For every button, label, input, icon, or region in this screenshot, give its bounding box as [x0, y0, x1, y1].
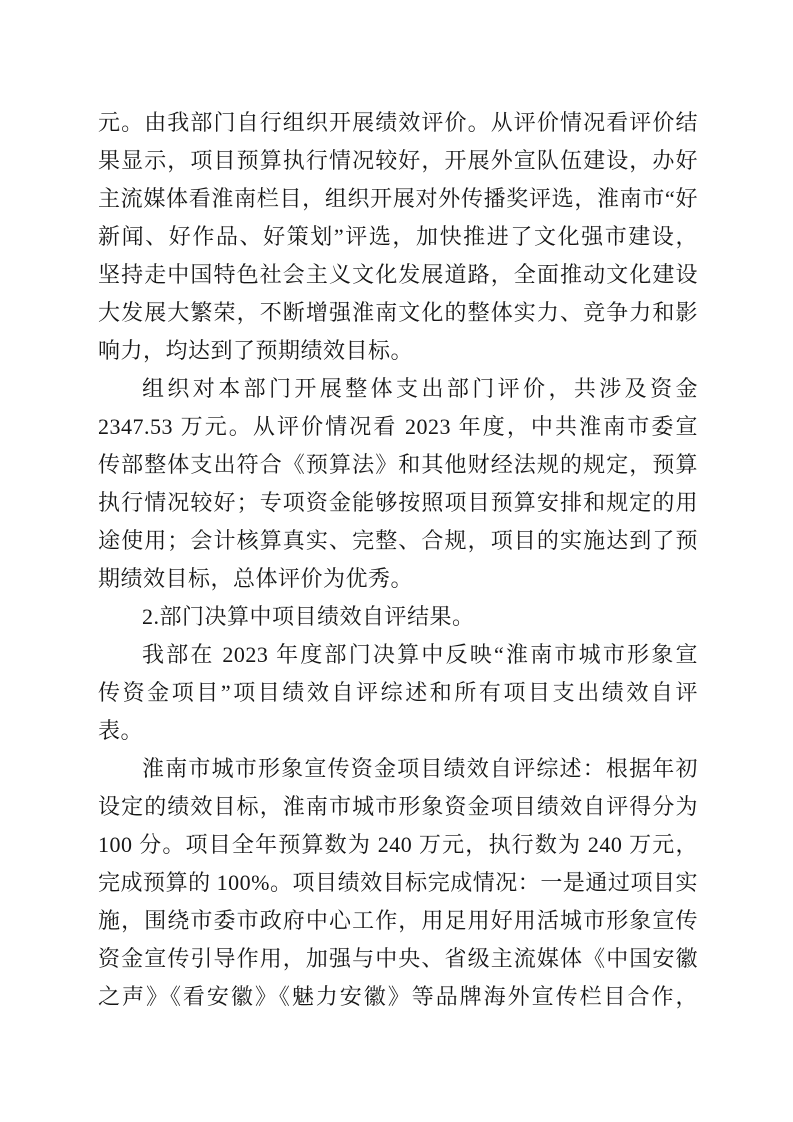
text-line: 果显示，项目预算执行情况较好，开展外宣队伍建设，办好 [98, 142, 698, 180]
paragraph: 元。由我部门自行组织开展绩效评价。从评价情况看评价结果显示，项目预算执行情况较好… [98, 104, 698, 370]
paragraph: 淮南市城市形象宣传资金项目绩效自评综述：根据年初设定的绩效目标，淮南市城市形象资… [98, 750, 698, 1016]
text-line: 资金宣传引导作用，加强与中央、省级主流媒体《中国安徽 [98, 940, 698, 978]
paragraph: 2.部门决算中项目绩效自评结果。 [98, 598, 698, 636]
text-line: 响力，均达到了预期绩效目标。 [98, 332, 698, 370]
text-line: 施，围绕市委市政府中心工作，用足用好用活城市形象宣传 [98, 902, 698, 940]
text-line: 大发展大繁荣，不断增强淮南文化的整体实力、竞争力和影 [98, 294, 698, 332]
text-line: 元。由我部门自行组织开展绩效评价。从评价情况看评价结 [98, 104, 698, 142]
text-line: 期绩效目标，总体评价为优秀。 [98, 560, 698, 598]
text-line: 传部整体支出符合《预算法》和其他财经法规的规定，预算 [98, 446, 698, 484]
text-line: 执行情况较好；专项资金能够按照项目预算安排和规定的用 [98, 484, 698, 522]
text-line: 之声》《看安徽》《魅力安徽》等品牌海外宣传栏目合作， [98, 978, 698, 1016]
text-line: 表。 [98, 712, 698, 750]
document-page: 元。由我部门自行组织开展绩效评价。从评价情况看评价结果显示，项目预算执行情况较好… [0, 0, 793, 1122]
text-line: 坚持走中国特色社会主义文化发展道路，全面推动文化建设 [98, 256, 698, 294]
text-line: 2347.53 万元。从评价情况看 2023 年度，中共淮南市委宣 [98, 408, 698, 446]
text-line: 2.部门决算中项目绩效自评结果。 [98, 598, 698, 636]
text-line: 主流媒体看淮南栏目，组织开展对外传播奖评选，淮南市“好 [98, 180, 698, 218]
text-line: 淮南市城市形象宣传资金项目绩效自评综述：根据年初 [98, 750, 698, 788]
text-line: 组织对本部门开展整体支出部门评价，共涉及资金 [98, 370, 698, 408]
text-line: 新闻、好作品、好策划”评选，加快推进了文化强市建设， [98, 218, 698, 256]
text-line: 途使用；会计核算真实、完整、合规，项目的实施达到了预 [98, 522, 698, 560]
text-line: 100 分。项目全年预算数为 240 万元，执行数为 240 万元， [98, 826, 698, 864]
text-line: 设定的绩效目标，淮南市城市形象资金项目绩效自评得分为 [98, 788, 698, 826]
document-body: 元。由我部门自行组织开展绩效评价。从评价情况看评价结果显示，项目预算执行情况较好… [98, 104, 698, 1016]
paragraph: 组织对本部门开展整体支出部门评价，共涉及资金2347.53 万元。从评价情况看 … [98, 370, 698, 598]
paragraph: 我部在 2023 年度部门决算中反映“淮南市城市形象宣传资金项目”项目绩效自评综… [98, 636, 698, 750]
text-line: 完成预算的 100%。项目绩效目标完成情况：一是通过项目实 [98, 864, 698, 902]
text-line: 我部在 2023 年度部门决算中反映“淮南市城市形象宣 [98, 636, 698, 674]
text-line: 传资金项目”项目绩效自评综述和所有项目支出绩效自评 [98, 674, 698, 712]
